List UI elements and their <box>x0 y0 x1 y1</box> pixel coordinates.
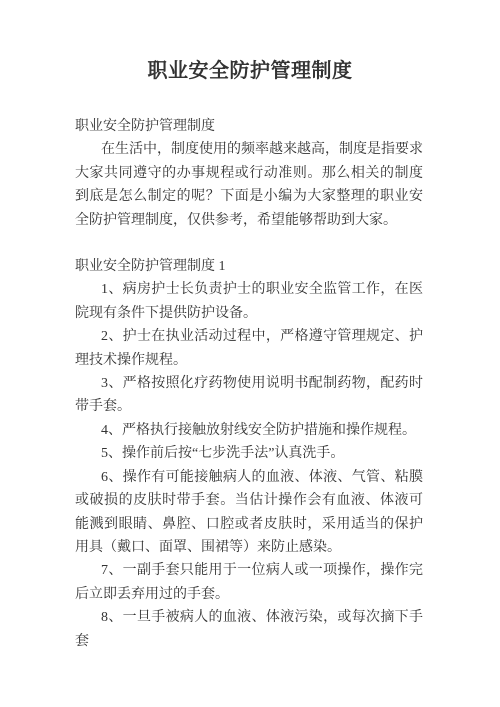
list-item: 2、护士在执业活动过程中，严格遵守管理规定、护理技术操作规程。 <box>75 325 423 372</box>
list-item: 5、操作前后按“七步洗手法”认真洗手。 <box>75 442 423 465</box>
section-heading: 职业安全防护管理制度 1 <box>75 255 423 278</box>
list-item: 6、操作有可能接触病人的血液、体液、气管、粘膜或破损的皮肤时带手套。当估计操作会… <box>75 466 423 560</box>
intro-paragraph: 在生活中，制度使用的频率越来越高，制度是指要求大家共同遵守的办事规程或行动准则。… <box>75 138 423 232</box>
document-body: 职业安全防护管理制度 在生活中，制度使用的频率越来越高，制度是指要求大家共同遵守… <box>75 115 423 653</box>
list-item: 8、一旦手被病人的血液、体液污染，或每次摘下手套 <box>75 606 423 653</box>
list-item: 1、病房护士长负责护士的职业安全监管工作，在医院现有条件下提供防护设备。 <box>75 278 423 325</box>
document-title: 职业安全防护管理制度 <box>0 0 500 85</box>
list-item: 7、一副手套只能用于一位病人或一项操作，操作完后立即丢弃用过的手套。 <box>75 559 423 606</box>
list-item: 4、严格执行接触放射线安全防护措施和操作规程。 <box>75 419 423 442</box>
list-item: 3、严格按照化疗药物使用说明书配制药物，配药时带手套。 <box>75 372 423 419</box>
document-page: 职业安全防护管理制度 职业安全防护管理制度 在生活中，制度使用的频率越来越高，制… <box>0 0 500 707</box>
document-subtitle: 职业安全防护管理制度 <box>75 115 423 138</box>
